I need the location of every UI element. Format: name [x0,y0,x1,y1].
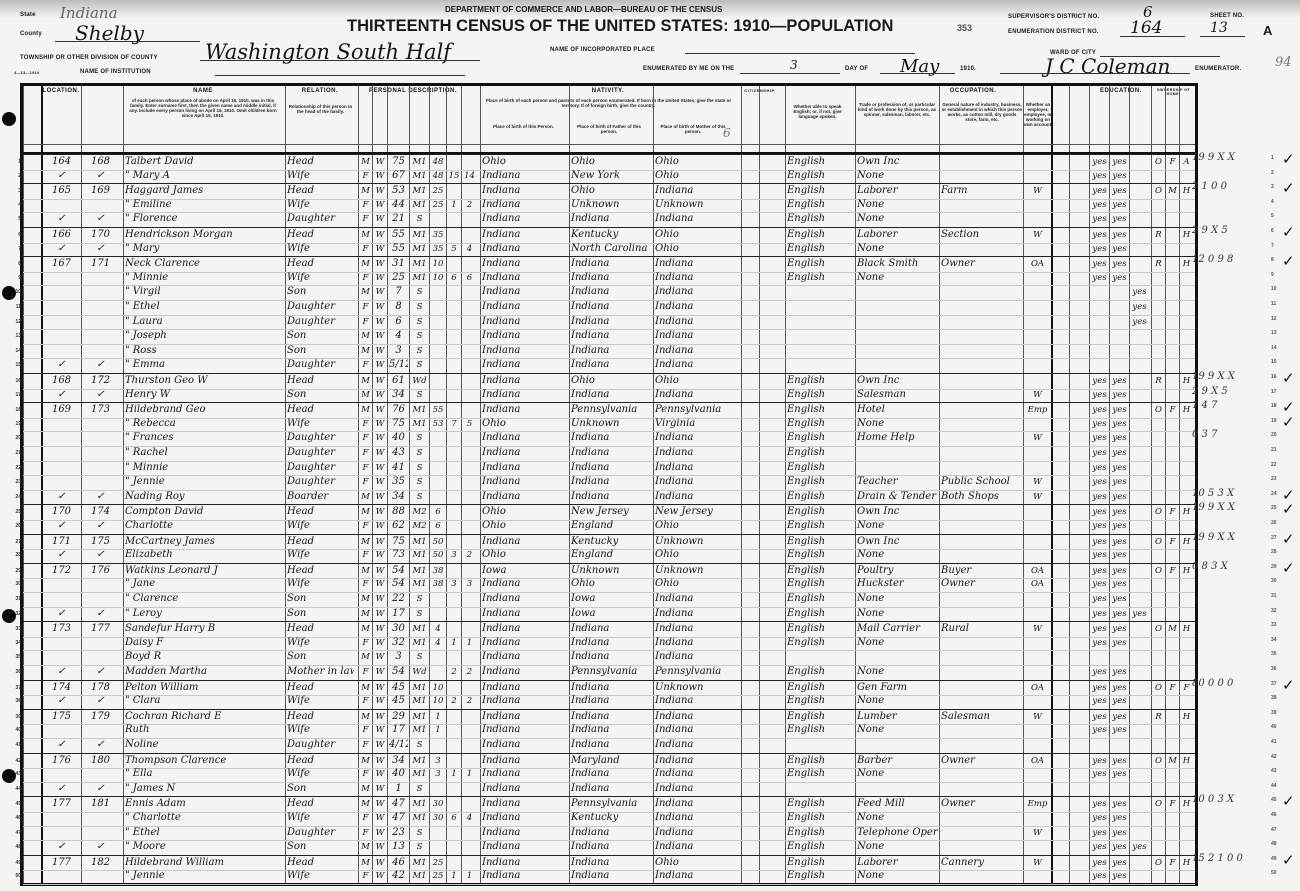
row-number-right: 4 [1271,195,1283,209]
cell-language: English [787,169,852,183]
cell-family: 174 [83,505,118,519]
cell-dwelling: ✓ [43,388,80,402]
cell-read: yes [1091,417,1108,431]
cell-father-birth: Unknown [571,417,652,431]
cell-race: W [374,754,386,768]
nativity-note: 6 [723,126,731,140]
cell-age: 23 [389,826,408,840]
cell-birth: Indiana [482,811,566,825]
checkmark-icon: ✓ [1282,223,1295,241]
cell-schedule-marks: 0 8 3 X [1192,560,1228,574]
row-number: 33 [9,622,21,636]
row-number: 10 [9,285,21,299]
census-sheet: State Indiana County Shelby Township or … [0,0,1300,891]
cell-employer: W [1025,826,1050,840]
cell-family: 176 [83,564,118,578]
checkmark-icon: ✓ [1282,369,1295,387]
cell-read: yes [1091,461,1108,475]
cell-language: English [787,403,852,417]
cell-father-birth: Indiana [571,681,652,695]
cell-name: Haggard James [125,184,282,198]
cell-sex: F [360,577,371,591]
cell-birth: Indiana [482,212,566,226]
cell-name: " Mary [125,242,282,256]
cell-marital: S [411,446,428,460]
cell-birth: Indiana [482,228,566,242]
cell-race: W [374,519,386,533]
cell-family: 177 [83,622,118,636]
cell-birth: Indiana [482,826,566,840]
cell-born: 5 [448,242,460,256]
cell-marital: M1 [411,535,428,549]
cell-family: ✓ [83,548,118,562]
cell-marital: S [411,782,428,796]
checkmark-icon: ✓ [1282,559,1295,577]
cell-own: O [1153,622,1164,636]
cell-age: 42 [389,869,408,883]
cell-relation: Wife [287,417,354,431]
cell-family: ✓ [83,840,118,854]
row-number: 44 [9,782,21,796]
cell-trade: None [857,169,938,183]
cell-name: Elizabeth [125,548,282,562]
cell-write: yes [1111,548,1128,562]
table-row: 24✓✓Nading RoyBoarderMW34SIndianaIndiana… [23,490,1195,506]
row-number: 42 [9,754,21,768]
cell-birth: Indiana [482,607,566,621]
cell-write: yes [1111,228,1128,242]
row-number: 43 [9,767,21,781]
cell-language: English [787,257,852,271]
row-number-right: 47 [1271,823,1283,837]
cell-born: 15 [448,169,460,183]
cell-write: yes [1111,519,1128,533]
cell-language: English [787,665,852,679]
education-header: EDUCATION. [1091,88,1151,94]
cell-family: ✓ [83,490,118,504]
cell-trade: None [857,665,938,679]
cell-birth: Indiana [482,490,566,504]
table-row: 13" JosephSonMW4SIndianaIndianaIndiana [23,329,1195,345]
cell-born: 1 [448,198,460,212]
cell-name: " Leroy [125,607,282,621]
row-number-right: 37 [1271,677,1283,691]
cell-years-married: 30 [431,797,445,811]
cell-name: Cochran Richard E [125,710,282,724]
cell-relation: Son [287,344,354,358]
cell-father-birth: Indiana [571,212,652,226]
cell-language: English [787,636,852,650]
cell-language: English [787,723,852,737]
cell-marital: S [411,592,428,606]
row-number-right: 43 [1271,764,1283,778]
cell-free: F [1167,564,1178,578]
cell-relation: Daughter [287,446,354,460]
cell-father-birth: Indiana [571,285,652,299]
birth-mother-header: Place of birth of Mother of this person. [653,124,733,136]
cell-name: " Joseph [125,329,282,343]
cell-relation: Wife [287,242,354,256]
cell-marital: M1 [411,155,428,169]
row-number-right: 44 [1271,779,1283,793]
cell-language: English [787,856,852,870]
cell-born: 1 [448,636,460,650]
cell-years-married: 50 [431,548,445,562]
cell-marital: M1 [411,169,428,183]
cell-read: yes [1091,710,1108,724]
cell-own: R [1153,710,1164,724]
cell-age: 32 [389,636,408,650]
cell-family: ✓ [83,242,118,256]
cell-age: 67 [389,169,408,183]
cell-read: yes [1091,374,1108,388]
cell-write: yes [1111,694,1128,708]
cell-language: English [787,374,852,388]
cell-years-married: 25 [431,856,445,870]
cell-father-birth: Indiana [571,840,652,854]
cell-birth: Indiana [482,431,566,445]
cell-language: English [787,388,852,402]
row-number: 34 [9,636,21,650]
enumeration-district-value: 164 [1130,18,1162,38]
table-row: 48✓✓" MooreSonMW13SIndianaIndianaIndiana… [23,840,1195,856]
relation-description: Relationship of this person to the head … [288,104,353,124]
cell-birth: Indiana [482,198,566,212]
cell-marital: S [411,738,428,752]
cell-relation: Wife [287,198,354,212]
cell-marital: S [411,212,428,226]
cell-write: yes [1111,242,1128,256]
cell-read: yes [1091,754,1108,768]
cell-family: ✓ [83,169,118,183]
cell-farm: H [1181,535,1192,549]
cell-mother-birth: Indiana [655,811,738,825]
cell-write: yes [1111,622,1128,636]
nativity-description: Place of birth of each person and parent… [481,98,736,110]
supervisor-district-label: Supervisor's District No. [1008,14,1099,20]
checkmark-icon: ✓ [1282,252,1295,270]
cell-write: yes [1111,840,1128,854]
row-number-right: 2 [1271,166,1283,180]
cell-age: 62 [389,519,408,533]
cell-write: yes [1111,577,1128,591]
cell-language: English [787,461,852,475]
cell-trade: None [857,607,938,621]
cell-trade: None [857,840,938,854]
cell-own: R [1153,374,1164,388]
cell-years-married: 4 [431,636,445,650]
cell-name: McCartney James [125,535,282,549]
cell-dwelling: ✓ [43,694,80,708]
cell-sex: F [360,738,371,752]
table-row: 11" EthelDaughterFW8SIndianaIndianaIndia… [23,300,1195,316]
cell-birth: Indiana [482,344,566,358]
cell-employer: W [1025,184,1050,198]
cell-dwelling: 172 [43,564,80,578]
row-number: 3 [9,184,21,198]
row-number: 49 [9,856,21,870]
cell-marital: S [411,475,428,489]
checkmark-icon: ✓ [1282,851,1295,869]
cell-free: M [1167,622,1178,636]
cell-mother-birth: Indiana [655,257,738,271]
cell-name: Nading Roy [125,490,282,504]
cell-birth: Indiana [482,723,566,737]
cell-write: yes [1111,797,1128,811]
cell-trade: None [857,548,938,562]
table-row: 19" RebeccaWifeFW75M15375OhioUnknownVirg… [23,417,1195,433]
cell-industry: Cannery [941,856,1022,870]
cell-marital: S [411,607,428,621]
cell-trade: Laborer [857,184,938,198]
cell-marital: S [411,650,428,664]
cell-age: 6 [389,315,408,329]
cell-language: English [787,564,852,578]
cell-free: F [1167,505,1178,519]
cell-family: 170 [83,228,118,242]
cell-read: yes [1091,519,1108,533]
cell-marital: M1 [411,548,428,562]
cell-trade: Drain & Tender [857,490,938,504]
cell-trade: None [857,811,938,825]
cell-born: 6 [448,271,460,285]
cell-employer: OA [1025,577,1050,591]
cell-father-birth: New Jersey [571,505,652,519]
cell-years-married: 35 [431,242,445,256]
cell-marital: M1 [411,564,428,578]
cell-race: W [374,155,386,169]
row-number: 16 [9,374,21,388]
cell-mother-birth: Pennsylvania [655,665,738,679]
row-number: 29 [9,564,21,578]
sheet-label: Sheet No. [1210,13,1244,19]
cell-read: yes [1091,475,1108,489]
cell-father-birth: Indiana [571,694,652,708]
cell-trade: Lumber [857,710,938,724]
cell-born: 7 [448,417,460,431]
cell-race: W [374,650,386,664]
cell-race: W [374,564,386,578]
cell-living: 4 [463,811,476,825]
cell-industry: Owner [941,754,1022,768]
cell-father-birth: Ohio [571,155,652,169]
cell-race: W [374,505,386,519]
cell-mother-birth: Indiana [655,285,738,299]
cell-birth: Indiana [482,856,566,870]
checkmark-icon: ✓ [1282,150,1295,168]
cell-relation: Daughter [287,461,354,475]
cell-family: 180 [83,754,118,768]
cell-school: yes [1131,300,1148,314]
cell-marital: S [411,300,428,314]
cell-own: O [1153,754,1164,768]
cell-relation: Daughter [287,475,354,489]
cell-father-birth: Indiana [571,710,652,724]
cell-trade: Laborer [857,228,938,242]
cell-race: W [374,826,386,840]
cell-race: W [374,856,386,870]
cell-birth: Indiana [482,242,566,256]
industry-header: General nature of industry, business, or… [941,102,1023,132]
cell-relation: Wife [287,519,354,533]
cell-family: ✓ [83,212,118,226]
cell-age: 4 [389,329,408,343]
row-number-right: 20 [1271,428,1283,442]
cell-dwelling: 170 [43,505,80,519]
cell-age: 5/12 [389,358,408,372]
cell-name: " Emma [125,358,282,372]
incorporated-place-label: Name of incorporated place [550,47,655,53]
cell-mother-birth: Indiana [655,300,738,314]
cell-age: 25 [389,271,408,285]
cell-age: 43 [389,446,408,460]
table-row: 38✓✓" ClaraWifeFW45M11022IndianaIndianaI… [23,694,1195,710]
cell-name: " Virgil [125,285,282,299]
nativity-header: NATIVITY. [478,88,738,94]
cell-write: yes [1111,490,1128,504]
cell-language: English [787,535,852,549]
cell-mother-birth: Pennsylvania [655,403,738,417]
cell-mother-birth: Indiana [655,446,738,460]
cell-industry: Owner [941,577,1022,591]
cell-dwelling: 167 [43,257,80,271]
row-number: 25 [9,505,21,519]
cell-living: 5 [463,417,476,431]
row-number-right: 16 [1271,370,1283,384]
cell-name: " Mary A [125,169,282,183]
cell-birth: Ohio [482,155,566,169]
row-number: 4 [9,198,21,212]
year-label: 1910. [960,66,976,72]
cell-write: yes [1111,417,1128,431]
cell-write: yes [1111,403,1128,417]
row-number-right: 45 [1271,793,1283,807]
cell-name: Madden Martha [125,665,282,679]
cell-sex: F [360,519,371,533]
cell-name: " Florence [125,212,282,226]
cell-relation: Son [287,285,354,299]
stamp-number: 353 [957,23,972,33]
row-number: 28 [9,548,21,562]
cell-sex: M [360,797,371,811]
cell-write: yes [1111,212,1128,226]
cell-born: 2 [448,694,460,708]
cell-sex: F [360,767,371,781]
cell-write: yes [1111,374,1128,388]
cell-race: W [374,300,386,314]
cell-read: yes [1091,811,1108,825]
cell-race: W [374,285,386,299]
cell-race: W [374,694,386,708]
cell-father-birth: Indiana [571,315,652,329]
cell-dwelling: ✓ [43,548,80,562]
cell-name: " Rachel [125,446,282,460]
cell-living: 2 [463,548,476,562]
cell-relation: Head [287,403,354,417]
cell-marital: M1 [411,257,428,271]
cell-years-married: 3 [431,767,445,781]
cell-mother-birth: Indiana [655,490,738,504]
cell-age: 1 [389,782,408,796]
cell-marital: M1 [411,767,428,781]
cell-birth: Indiana [482,665,566,679]
cell-trade: Feed Mill [857,797,938,811]
cell-name: Hendrickson Morgan [125,228,282,242]
cell-race: W [374,431,386,445]
cell-race: W [374,782,386,796]
cell-father-birth: Indiana [571,826,652,840]
cell-dwelling: ✓ [43,782,80,796]
cell-years-married: 10 [431,694,445,708]
cell-language: English [787,826,852,840]
cell-mother-birth: Indiana [655,388,738,402]
row-number: 18 [9,403,21,417]
row-number-right: 30 [1271,574,1283,588]
cell-race: W [374,681,386,695]
cell-name: Henry W [125,388,282,402]
cell-write: yes [1111,607,1128,621]
cell-read: yes [1091,198,1108,212]
cell-mother-birth: Indiana [655,607,738,621]
cell-race: W [374,257,386,271]
table-row: 47" EthelDaughterFW23SIndianaIndianaIndi… [23,826,1195,842]
cell-family: 182 [83,856,118,870]
cell-write: yes [1111,681,1128,695]
cell-mother-birth: Ohio [655,374,738,388]
cell-relation: Daughter [287,212,354,226]
cell-age: 29 [389,710,408,724]
cell-born: 1 [448,767,460,781]
cell-relation: Head [287,257,354,271]
cell-write: yes [1111,155,1128,169]
cell-family: 173 [83,403,118,417]
cell-marital: M1 [411,242,428,256]
cell-father-birth: Kentucky [571,228,652,242]
table-row: 20" FrancesDaughterFW40SIndianaIndianaIn… [23,431,1195,447]
cell-years-married: 30 [431,811,445,825]
table-row: 34Daisy FWifeFW32M1411IndianaIndianaIndi… [23,636,1195,652]
cell-birth: Indiana [482,169,566,183]
cell-relation: Head [287,622,354,636]
cell-mother-birth: Unknown [655,535,738,549]
row-number-right: 31 [1271,589,1283,603]
cell-age: 34 [389,388,408,402]
cell-write: yes [1111,754,1128,768]
row-number-right: 40 [1271,720,1283,734]
row-number-right: 19 [1271,414,1283,428]
cell-relation: Daughter [287,300,354,314]
cell-birth: Iowa [482,564,566,578]
cell-name: Boyd R [125,650,282,664]
cell-family: ✓ [83,738,118,752]
cell-age: 47 [389,811,408,825]
cell-name: Noline [125,738,282,752]
cell-father-birth: Indiana [571,490,652,504]
cell-age: 40 [389,431,408,445]
cell-living: 1 [463,869,476,883]
cell-marital: M1 [411,417,428,431]
row-number: 5 [9,212,21,226]
row-number: 36 [9,665,21,679]
cell-years-married: 48 [431,155,445,169]
cell-write: yes [1111,710,1128,724]
cell-schedule-marks: 19 9 X X [1192,501,1235,515]
cell-farm: H [1181,856,1192,870]
cell-mother-birth: Indiana [655,636,738,650]
cell-write: yes [1111,811,1128,825]
row-number: 50 [9,869,21,883]
cell-family: 179 [83,710,118,724]
